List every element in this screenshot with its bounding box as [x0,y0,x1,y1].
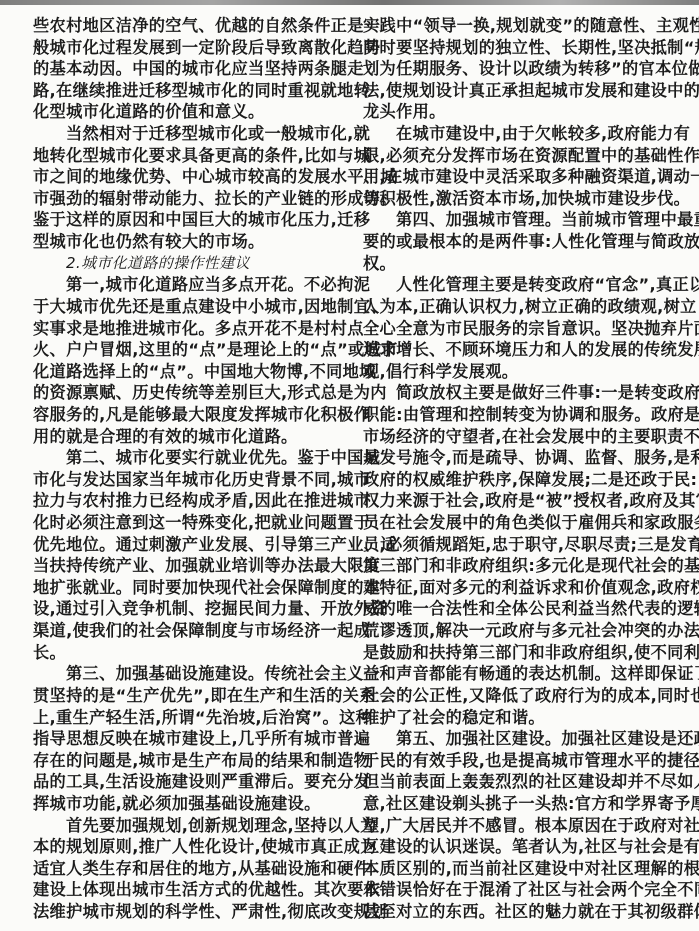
section-heading: 2.城市化道路的操作性建议 [33,253,326,275]
text-line: 第一,城市化道路应当多点开花。不必拘泥 [33,274,326,296]
text-line: 维护了社会的稳定和谐。 [363,707,669,729]
scan-top-edge [0,0,699,5]
text-line: 第四、加强城市管理。当前城市管理中最重 [363,209,669,231]
text-line: 政府的权威维护秩序,保障发展;二是还政于民: [363,469,669,491]
text-line: 鉴于这样的原因和中国巨大的城市化压力,迁移 [33,209,326,231]
text-line: 适宜人类生存和居住的地方,从基础设施和硬件 [33,858,326,880]
text-line: 本特征,面对多元的利益诉求和价值观念,政府权 [363,577,669,599]
text-line: 法,使规划设计真正承担起城市发展和建设中的 [363,80,669,102]
text-line: 市之间的地缘优势、中心城市较高的发展水平、城 [33,166,326,188]
text-line: 限,必须充分发挥市场在资源配置中的基础性作 [363,145,669,167]
text-line: 化时必须注意到这一特殊变化,把就业问题置于 [33,512,326,534]
text-line: 市化与发达国家当年城市化历史背景不同,城市 [33,469,326,491]
text-line: 用,在城市建设中灵活采取多种融资渠道,调动一 [363,166,669,188]
text-line: 本的规划原则,推广人性化设计,使城市真正成为 [33,836,326,858]
text-line: 品的工具,生活设施建设则严重滞后。要充分发 [33,771,326,793]
text-line: 第三、加强基础设施建设。传统社会主义一 [33,663,326,685]
text-line: 些农村地区洁净的空气、优越的自然条件正是一 [33,15,326,37]
text-line: 当扶持传统产业、加强就业培训等办法最大限度 [33,555,326,577]
text-line: 设,通过引入竞争机制、挖掘民间力量、开放外资 [33,598,326,620]
text-line: 地转化型城市化要求具备更高的条件,比如与城 [33,145,326,167]
text-line: 化道路选择上的“点”。中国地大物博,不同地域 [33,361,326,383]
text-line: 全心全意为市民服务的宗旨意识。坚决抛弃片面 [363,318,669,340]
text-line: 于大城市优先还是重点建设中小城市,因地制宜、 [33,296,326,318]
text-line: 龙头作用。 [363,101,669,123]
text-line: 路,在继续推进迁移型城市化的同时重视就地转 [33,80,326,102]
text-line: 法维护城市规划的科学性、严肃性,彻底改变规划 [33,901,326,923]
text-line: 权力来源于社会,政府是“被”授权者,政府及其官 [363,490,669,512]
text-line: 型城市化也仍然有较大的市场。 [33,231,326,253]
text-line: 于民的有效手段,也是提高城市管理水平的捷径。 [363,750,669,772]
text-line: 在城市建设中,由于欠帐较多,政府能力有 [363,123,669,145]
left-text-column: 些农村地区洁净的空气、优越的自然条件正是一般城市化过程发展到一定阶段后导致离散化… [33,15,326,923]
text-line: 般城市化过程发展到一定阶段后导致离散化趋势 [33,37,326,59]
text-line: 长。 [33,642,326,664]
text-line: 市场经济的守望者,在社会发展中的主要职责不 [363,426,669,448]
text-line: 化型城市化道路的价值和意义。 [33,101,326,123]
text-line: 第二、城市化要实行就业优先。鉴于中国城 [33,447,326,469]
text-line: 意,社区建设剃头挑子一头热:官方和学界寄予厚 [363,793,669,815]
text-line: 划为任期服务、设计以政绩为转移”的官本位做 [363,58,669,80]
text-line: 市强劲的辐射带动能力、拉长的产业链的形成等。 [33,188,326,210]
text-line: 是鼓励和扶持第三部门和非政府组织,使不同利 [363,642,669,664]
text-line: 本错误恰好在于混淆了社区与社会两个完全不同 [363,879,669,901]
right-text-column: 实践中“领导一换,规划就变”的随意性、主观性。同时要坚持规划的独立性、长期性,坚… [363,15,669,923]
text-line: 优先地位。通过刺激产业发展、引导第三产业、适 [33,534,326,556]
text-line: 火、户户冒烟,这里的“点”是理论上的“点”或城市 [33,339,326,361]
text-line: 职能:由管理和控制转变为协调和服务。政府是 [363,404,669,426]
text-line: 的基本动因。中国的城市化应当坚持两条腿走 [33,58,326,80]
text-line: 用的就是合理的有效的城市化道路。 [33,426,326,448]
text-line: 社会的公正性,又降低了政府行为的成本,同时也 [363,685,669,707]
text-line: 贯坚持的是“生产优先”,即在生产和生活的关系 [33,685,326,707]
text-line: 人性化管理主要是转变政府“官念”,真正以 [363,274,669,296]
text-line: 人为本,正确认识权力,树立正确的政绩观,树立 [363,296,669,318]
text-line: 容服务的,凡是能够最大限度发挥城市化积极作 [33,404,326,426]
text-line: 上,重生产轻生活,所谓“先治坡,后治窝”。这种 [33,707,326,729]
text-line: 荒谬透顶,解决一元政府与多元社会冲突的办法 [363,620,669,642]
text-line: 员在社会发展中的角色类似于雇佣兵和家政服务 [363,512,669,534]
text-line: 建设上体现出城市生活方式的优越性。其次要依 [33,879,326,901]
text-line: 第五、加强社区建设。加强社区建设是还政 [363,728,669,750]
text-line: 当然相对于迁移型城市化或一般城市化,就 [33,123,326,145]
text-line: 切积极性,激活资本市场,加快城市建设步伐。 [363,188,669,210]
text-line: 指导思想反映在城市建设上,几乎所有城市普遍 [33,728,326,750]
text-line: 益和声音都能有畅通的表达机制。这样即保证了 [363,663,669,685]
text-line: 但当前表面上轰轰烈烈的社区建设却并不尽如人 [363,771,669,793]
text-line: 简政放权主要是做好三件事:一是转变政府 [363,382,669,404]
text-line: 要的或最根本的是两件事:人性化管理与简政放 [363,231,669,253]
text-line: 是发号施令,而是疏导、协调、监督、服务,是利用 [363,447,669,469]
text-line: 本质区别的,而当前社区建设中对社区理解的根 [363,858,669,880]
text-line: 第三部门和非政府组织:多元化是现代社会的基 [363,555,669,577]
text-line: 区建设的认识迷误。笔者认为,社区与社会是有 [363,836,669,858]
text-line: 首先要加强规划,创新规划理念,坚持以人为 [33,815,326,837]
text-line: 威的唯一合法性和全体公民利益当然代表的逻辑 [363,598,669,620]
text-line: 实践中“领导一换,规划就变”的随意性、主观性。 [363,15,669,37]
text-line: 望,广大居民并不感冒。根本原因在于政府对社 [363,815,669,837]
text-line: 的资源禀赋、历史传统等差别巨大,形式总是为内 [33,382,326,404]
text-line: 实事求是地推进城市化。多点开花不是村村点 [33,318,326,340]
text-line: 权。 [363,253,669,275]
text-line: 挥城市功能,就必须加强基础设施建设。 [33,793,326,815]
text-line: 同时要坚持规划的独立性、长期性,坚决抵制“规 [363,37,669,59]
text-line: 渠道,使我们的社会保障制度与市场经济一起成 [33,620,326,642]
text-line: 甚至对立的东西。社区的魅力就在于其初级群体 [363,901,669,923]
text-line: 追求增长、不顾环境压力和人的发展的传统发展 [363,339,669,361]
text-line: 员,必须循规蹈矩,忠于职守,尽职尽责;三是发育 [363,534,669,556]
text-line: 拉力与农村推力已经构成矛盾,因此在推进城市 [33,490,326,512]
text-line: 地扩张就业。同时要加快现代社会保障制度的建 [33,577,326,599]
text-line: 观,倡行科学发展观。 [363,361,669,383]
text-line: 存在的问题是,城市是生产布局的结果和制造物 [33,750,326,772]
